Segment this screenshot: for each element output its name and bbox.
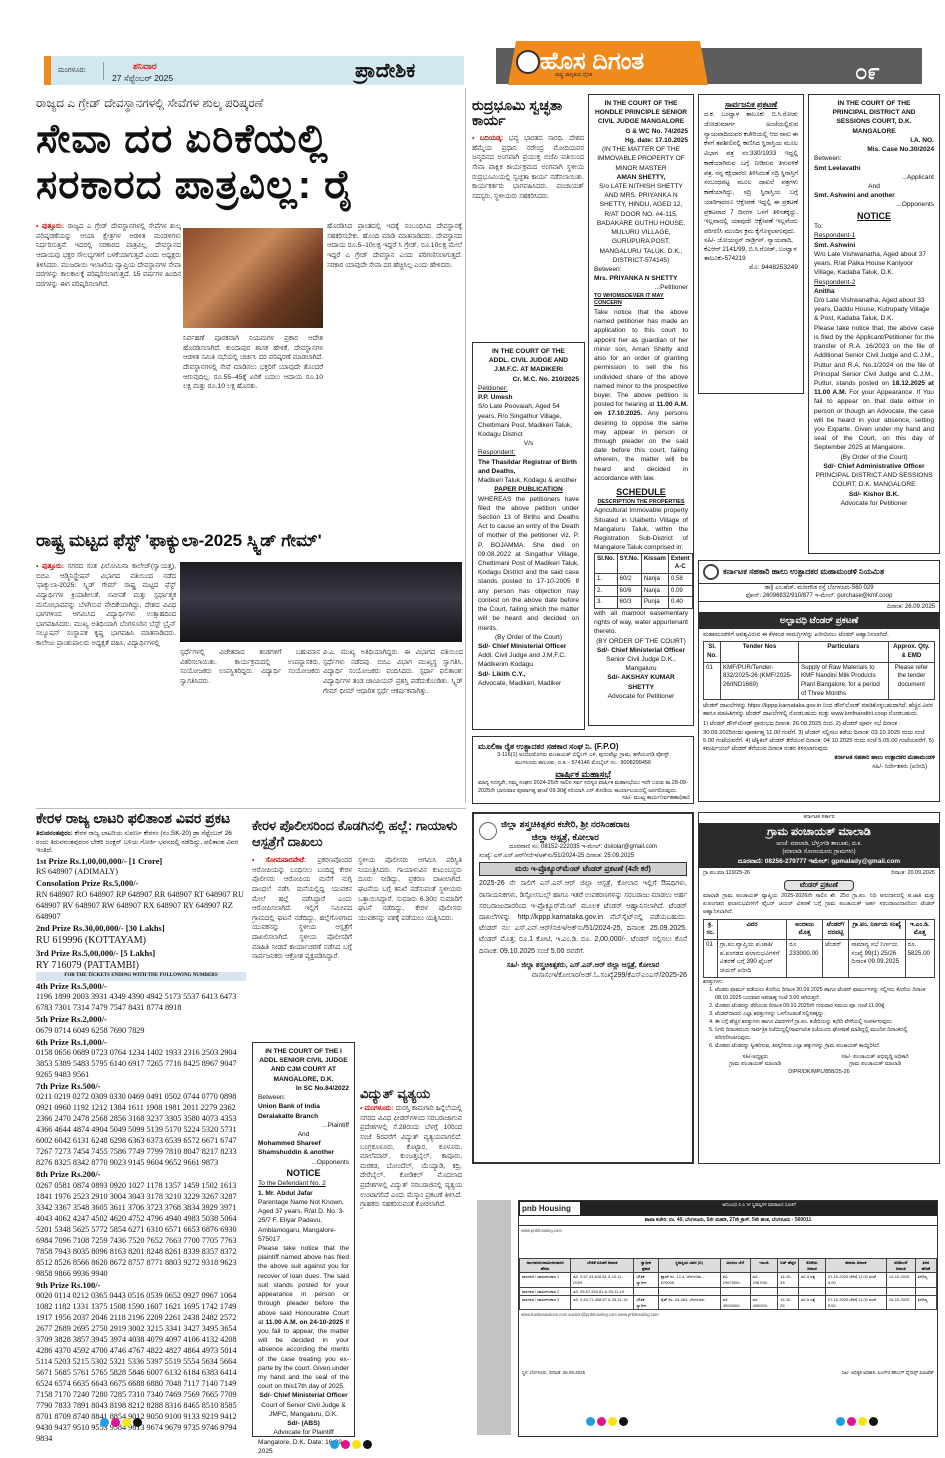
matter-text: (IN THE MATTER OF THE IMMOVABLE PROPERTY… <box>594 145 688 173</box>
defendant-detail: Parentage Name Not Known, Aged 37 years,… <box>258 1198 349 1244</box>
kolar-hospital-tender: ಜಿಲ್ಲಾ ಶಸ್ತ್ರಚಿಕಿತ್ಸಕರ ಕಚೇರಿ, ಶ್ರೀ ನರಸಿಂ… <box>472 812 694 1164</box>
notice-body: Please take notice that the plaintiff na… <box>258 1244 349 1392</box>
opponents-name: Smt. Ashwini and another <box>814 191 934 200</box>
advocate-role: Advocate for Petitioner <box>814 499 934 508</box>
cell: 07-10-2025 ಬೆಳಿಗ್ಗೆ 11.00 ಸಂಜೆ 5.00 <box>825 1273 886 1287</box>
notice-body-text-2: For your Appearance. If You fail to appe… <box>814 389 934 451</box>
cell: ರೂ. 450000/- <box>750 1296 778 1310</box>
notice-body: WHEREAS the petitioners have filed the a… <box>478 495 579 633</box>
cell: ತಿಳಿದಿಲ್ಲ <box>915 1273 936 1287</box>
fest-text-1: ನಗರದ ಸಂತ ಫಿಲೋಮಿನಾ ಕಾಲೇಜ್(ಸ್ವಾಯತ್ತ), ಬಿಬಿ… <box>36 563 176 647</box>
edition-city: ಮಂಗಳೂರು <box>58 67 86 76</box>
th: ಟೆಂಡರ್/ ದರಪಟ್ಟಿ <box>823 919 849 939</box>
gp-address: ಅಂಚೆ: ಮಾಲಾಡಿ, ಬೆಳ್ತಂಗಡಿ ತಾಲೂಕು, ದ.ಕ. <box>701 840 937 848</box>
cell: 07-10-2025 ಬೆಳಿಗ್ಗೆ 11.00 ಸಂಜೆ 5.00 <box>825 1296 886 1310</box>
police-dateline: • ಸೋಮವಾರಪೇಟೆ: <box>252 857 306 864</box>
cell: ರೂ.5 ಲಕ್ಷ <box>799 1273 826 1287</box>
cell: ರೂ.5 ಲಕ್ಷ <box>799 1296 826 1310</box>
prize-label: 5th Prize Rs.2,000/- <box>36 1014 246 1025</box>
schedule-subtitle: DESCRIPTION THE PROPERTIES <box>594 499 688 507</box>
kolar-header: ಜಿಲ್ಲಾ ಶಸ್ತ್ರಚಿಕಿತ್ಸಕರ ಕಚೇರಿ, ಶ್ರೀ ನರಸಿಂ… <box>479 818 687 843</box>
table-row: 3.60/3Punja0.40 <box>595 597 693 609</box>
police-text-1: ಪ್ರಕರಣವೊಂದರ ಆರೋಪಿಯನ್ನು ಬಂಧಿಸಲು ಬಂದಿದ್ದ ಕ… <box>252 857 352 960</box>
and-label: And <box>814 182 934 191</box>
notice-body-text-2: If you fail to appear, the matter will b… <box>258 1319 349 1391</box>
black-dot-icon <box>869 1417 878 1426</box>
court-notice-guardianship: IN THE COURT OF THE HONDLE PRINCIPLE SEN… <box>588 94 694 726</box>
th: ತಿಳಿದ ಹೊಣೆ <box>915 1259 936 1273</box>
court-notice-loan-recovery: IN THE COURT OF THE I ADDL SENIOR CIVIL … <box>252 1042 355 1437</box>
cyan-dot-icon <box>330 1440 339 1449</box>
respondent-detail: Madikeri Taluk, Kodagu & another <box>478 476 579 485</box>
prize-numbers: RS 648907 (ADIMALY) <box>36 867 246 878</box>
section-title: ಪ್ರಾದೇಶಿಕ <box>355 59 415 84</box>
prize-label: 6th Prize Rs.1,000/- <box>36 1037 246 1048</box>
gp-contact: ದೂರವಾಣಿ: 08256-279777 ಇಮೇಲ್: gpmalady@gm… <box>701 857 937 866</box>
fpo-address-2: ಮಂಗಳೂರು ತಾಲೂಕು, ದ.ಕ. - 574146 ಮೊಬೈಲ್ ನಂ.… <box>478 760 688 768</box>
police-body-col2: ಸ್ಥಳೀಯ ಪೊಲೀಸರು ಆಗಮಿಸಿ ಪರಿಸ್ಥಿತಿ ನಿಯಂತ್ರಿ… <box>358 856 462 1084</box>
hearing-date: Hg. date: 17.10.2025 <box>594 136 688 145</box>
black-dot-icon <box>363 1440 372 1449</box>
kmf-intro: ಮಹಾಮಂಡಳಿಗೆ ಅವಶ್ಯವಿರುವ ಈ ಕೆಳಕಂಡ ಸಾಮಗ್ರಿಗಳ… <box>699 629 939 641</box>
cell: 15-10-2025 <box>886 1296 915 1310</box>
plaintiff-role: ...Plaintiff <box>258 1121 349 1130</box>
lead-text-1: ರಾಜ್ಯದ ಎ ಗ್ರೇಡ್ ದೇವಸ್ಥಾನಗಳಲ್ಲಿ ಸೇವೆಗಳ ಶು… <box>36 223 181 288</box>
th-particulars: Particulars <box>798 642 888 662</box>
cell: Nanja <box>641 585 668 597</box>
notice-title-3: AND CJM COURT AT <box>258 1065 349 1074</box>
table-row: 2.60/6Nanja0.09 <box>595 585 693 597</box>
kmf-tender-title: ಅಲ್ಪಾವಧಿ ಟೆಂಡರ್ ಪ್ರಕಟಣೆ <box>699 612 939 629</box>
kmf-sign-officer: ಸಹಿ/- ನಿರ್ದೇಶಕರು (ಖರೀದಿ) <box>699 763 939 771</box>
yellow-dot-icon <box>608 1417 617 1426</box>
cell: 0.58 <box>668 573 692 585</box>
prize-label: Consolation Prize Rs.5,000/- <box>36 878 246 889</box>
th: ಪರಿಶೀಲನೆ ದಿನಾಂಕ <box>886 1259 915 1273</box>
cell: ಭೌತಿಕ ಸ್ವಾಧೀನ <box>634 1273 658 1287</box>
schedule-body: Agricultural Immovable property Situated… <box>594 506 688 552</box>
govt-emblem-icon <box>479 822 497 840</box>
table-row: ಸಾಲಗಾರ / ಜಾಮೀನುದಾರ 1ರೂ. 3,67,44,616.81 &… <box>520 1273 937 1287</box>
pnb-auction-table: ಸಾಲಗಾರರು/ಜಾಮೀನುದಾರರ ಹೆಸರುಬೇಡಿಕೆ ಸೂಚನೆ ದಿ… <box>519 1258 937 1310</box>
cell: ಗ್ರಾ.ಪಂ.ವ್ಯಾಪ್ತಿಯ ಪ.ಜಾತಿ/ಪ.ಪಂಗಡದ ಫಲಾನುಭವ… <box>717 939 786 977</box>
court-name: Addl. Civil Judge and J.M.F.C. Madikerim… <box>478 651 579 669</box>
cell: ರೂ. 296700/- <box>750 1273 778 1287</box>
advocate-name: Sd/- Likith C.Y., <box>478 670 579 679</box>
respondent-1-detail: W/o Late Vishwanatha, Aged about 37 year… <box>814 250 934 278</box>
gp-org-name: ಗ್ರಾಮ ಪಂಚಾಯತ್ ಮಾಲಾಡಿ <box>701 825 937 840</box>
lead-headline: ಸೇವಾ ದರ ಏರಿಕೆಯಲ್ಲಿ ಸರಕಾರದ ಪಾತ್ರವಿಲ್ಲ: ರೈ <box>36 116 456 208</box>
notice-title-4: MANGALORE <box>814 127 934 136</box>
lottery-dateline: ತಿರುವನಂತಪುರಂ: <box>36 830 73 837</box>
th-slno: Sl.No. <box>595 553 618 573</box>
order-line: (BY ORDER OF THE COURT) <box>594 637 688 646</box>
respondent-2-detail: D/o Late Vishwanatha, Aged about 33 year… <box>814 296 934 324</box>
order-line: (By Order of the Court) <box>478 633 579 642</box>
cell <box>915 1287 936 1296</box>
cell: ರೂ 233000.00 <box>787 939 823 977</box>
notice-body-text: Please take notice that the plaintiff na… <box>258 1245 349 1326</box>
cell: 01 <box>704 662 721 700</box>
opponents-name: Mohammed Shareef Shamshuddin & another <box>258 1139 349 1157</box>
respondent-2-label: Respondent-2 <box>814 278 934 287</box>
kmf-logo-icon <box>703 564 719 580</box>
kolar-body: 2025-26 ನೇ ಸಾಲಿಗೆ ಎಸ್.ಎನ್.ಆರ್ ಜಿಲ್ಲಾ ಆಸ್… <box>479 878 687 956</box>
public-notice-title: ಸಾರ್ವಜನಿಕ ಪ್ರಕಟಣೆ <box>704 99 798 110</box>
publication-heading: PAPER PUBLICATION <box>478 485 579 494</box>
minor-detail: S/o LATE NITHISH SHETTY AND MRS. PRIYANK… <box>594 182 688 265</box>
prize-label: 7th Prize Rs.500/- <box>36 1081 246 1092</box>
case-number: Mis. Case No.30/2024 <box>814 145 934 154</box>
kmf-tender-notice: ಕರ್ನಾಟಕ ಸಹಕಾರಿ ಹಾಲು ಉತ್ಪಾದಕರ ಮಹಾಮಂಡಳಿ ನಿ… <box>698 560 940 802</box>
case-number: Cr. M.C. No. 210/2025 <box>478 375 579 384</box>
yellow-dot-icon <box>122 1418 131 1427</box>
signatory: Sd/- Chief Administrative Officer <box>814 462 934 471</box>
pnb-branch-address: ಶಾಖಾ ಕಚೇರಿ: ನಂ. 40, ಬೆಂಗಳೂರು, 5ನೇ ಮಹಡಿ, … <box>519 1216 937 1226</box>
table-row: ಸಾಲಗಾರ / ಜಾಮೀನುದಾರ 2ರೂ. 95,57,342.81 & 2… <box>520 1287 937 1296</box>
notice-title-3: SESSIONS COURT, D.K. <box>814 117 934 126</box>
cell: ರೂ. 2967000/- <box>720 1273 750 1287</box>
prize-numbers: 1196 1899 2003 3931 4349 4390 4942 5173 … <box>36 992 246 1014</box>
condition-item: ಟೆಂಡರ್‌ದಾರರು ಎಲ್ಲಾ ಶರತ್ತುಗಳನ್ನು ಒಳಗೊಂಡಂತ… <box>715 1011 933 1019</box>
rudrabhoomi-body: • ಬದಿಯಡ್ಕ: ಭವ್ಯ ಭಾರತದ ಸಾರಥಿ, ದೇಶದ ಹೆಮ್ಮೆ… <box>472 134 584 344</box>
kolar-org-2: ಜಿಲ್ಲಾ ಆಸ್ಪತ್ರೆ, ಕೋಲಾರ <box>501 831 630 844</box>
cell <box>799 1287 826 1296</box>
registration-marks <box>586 1417 628 1426</box>
prize-label: 9th Prize Rs.100/- <box>36 1280 246 1291</box>
fpo-salutation: ಮಾನ್ಯ ಸದಸ್ಯರೇ, <box>478 780 507 786</box>
advocate-role: Advocate for Plaintiff <box>258 1428 349 1437</box>
kmf-date: ದಿನಾಂಕ: 26.09.2025 <box>699 601 939 612</box>
cell: 2. <box>595 585 618 597</box>
cell: 1. <box>595 573 618 585</box>
temple-photo <box>183 228 323 328</box>
condition-item: ಟೆಂಡರು ಫಾರ್ಮು ಪಡೆಯಲು ಕೊನೆಯ ದಿನಾಂಕ 30.09.… <box>715 987 933 1003</box>
respondent-1-name: Smt. Ashwini <box>814 241 934 250</box>
gp-header-band: ಗ್ರಾಮ ಪಂಚಾಯತ್ ಮಾಲಾಡಿ ಅಂಚೆ: ಮಾಲಾಡಿ, ಬೆಳ್ತ… <box>699 823 939 868</box>
prize-numbers: 0679 0714 6049 6258 7690 7829 <box>36 1026 246 1037</box>
cell: 14-10-25 <box>778 1273 799 1287</box>
opponents-role: ...Opponents <box>258 1158 349 1167</box>
petitioner-name: P.P. Umesh <box>478 393 579 402</box>
cell: ಸಾಲಗಾರ / ಜಾಮೀನುದಾರ 3 <box>520 1296 571 1310</box>
prize-numbers: 0267 0581 0874 0893 0920 1027 1178 1357 … <box>36 1181 246 1280</box>
section-rule <box>36 808 466 809</box>
pnb-signature: ಸಹಿ/- ಅಧಿಕೃತ ಅಧಿಕಾರಿ, ಪಿಎನ್‌ಬಿ ಹೌಸಿಂಗ್ ಫ… <box>842 1370 934 1376</box>
notice-title-3: J.M.F.C. AT MADIKERI <box>478 365 579 374</box>
th: ಅಂದಾಜು ಮೊತ್ತ <box>787 919 823 939</box>
rudrabhoomi-dateline: • ಬದಿಯಡ್ಕ: <box>472 135 503 142</box>
fpo-body: ಮಾನ್ಯ ಸದಸ್ಯರೇ, ನಮ್ಮ ಸಂಘದ 2024-25ನೇ ಸಾಲಿನ… <box>478 780 688 796</box>
th: ಇಎಂಡಿ <box>750 1259 778 1273</box>
gp-signatures: ಸಹಿ/-ಅಧ್ಯಕ್ಷರುಗ್ರಾಮ ಪಂಚಾಯತ್ ಮಾಲಾಡಿ ಸಹಿ/-… <box>699 1054 939 1069</box>
lead-body-col3: ಹೊರಡಿಸಿದ ಪ್ರಾಂತದಲ್ಲಿ ಇದಕ್ಕೆ ಸಂಬಂಧಿಸಿದ ದೇ… <box>327 222 462 522</box>
prize-numbers: RY 716079 (PATTAMBI) <box>36 959 246 972</box>
gp-conditions-label: ಶರತ್ತುಗಳು: <box>699 978 939 988</box>
notice-title-2: PRINCIPAL DISTRICT AND <box>814 108 934 117</box>
fest-headline: ರಾಷ್ಟ್ರ ಮಟ್ಟದ ಫೆಸ್ಟ್ 'ಫಾಕ್ಯುಲಾ-2025 ಸ್ಕ್… <box>36 530 466 551</box>
kmf-tender-table: Sl. No.Tender NosParticularsApprox. Qty.… <box>703 641 935 700</box>
cyan-dot-icon <box>836 1417 845 1426</box>
th-slno: Sl. No. <box>704 642 721 662</box>
kmf-body: ಟೆಂಡರ್ ದಾಖಲೆಗಳನ್ನು https://kppp.karnatak… <box>699 700 939 720</box>
th: ಸ್ವಾಧೀನ ಪ್ರಕಾರ <box>634 1259 658 1273</box>
cell: ರೂ. 4,64,71,408.87 & 26-11-19 <box>571 1296 634 1310</box>
cell: ಸಾಮಾನ್ಯ ಸಭೆ ನಿರ್ಣಯ ಸಂಖ್ಯೆ 99(1) 25/26 ದಿ… <box>849 939 905 977</box>
cell: ಭೌತಿಕ ಸ್ವಾಧೀನ <box>634 1296 658 1310</box>
pnb-housing-auction-notice: pnb Housing ಅನುಬಂಧ 4 ಎ 'ಆ' ಸ್ಥಿರಾಸ್ತಿಗಳ … <box>518 1200 938 1437</box>
court-notice-madikeri: IN THE COURT OF THE ADDL. CIVIL JUDGE AN… <box>472 342 585 730</box>
th-tender-nos: Tender Nos <box>720 642 798 662</box>
lottery-intro: ತಿರುವನಂತಪುರಂ: ಕೇರಳ ರಾಜ್ಯ ಲಾಟರಿಯ ಸುವರ್ಣ ಕ… <box>36 830 246 856</box>
power-cut-body: • ಮಂಗಳೂರು: ದುರಸ್ತಿ ಕಾಮಗಾರಿ ಹಿನ್ನೆಲೆಯಲ್ಲಿ… <box>360 1104 462 1439</box>
notice-heading: NOTICE <box>814 210 934 223</box>
pnb-logo: pnb Housing <box>519 1201 581 1216</box>
th-qty-emd: Approx. Qty. & EMD <box>888 642 934 662</box>
cell: 01 <box>704 939 718 977</box>
notice-title-1: IN THE COURT OF THE <box>594 99 688 108</box>
notice-body-text: Take notice that the above named petitio… <box>594 309 688 408</box>
petitioner-detail: S/o Late Poovaiah, Aged 54 years, R/o Si… <box>478 402 579 439</box>
th: ಹರಾಜು ದಿನಾಂಕ <box>825 1259 886 1273</box>
to-whom-label: TO WHOMSOEVER IT MAY CONCERN <box>594 293 688 308</box>
police-body-col1: • ಸೋಮವಾರಪೇಟೆ: ಪ್ರಕರಣವೊಂದರ ಆರೋಪಿಯನ್ನು ಬಂಧ… <box>252 856 352 1038</box>
cell: 14-10-25 <box>778 1296 799 1310</box>
black-dot-icon <box>133 1418 142 1427</box>
notice-title-2: ADDL SENIOR CIVIL JUDGE <box>258 1056 349 1065</box>
plaintiff-name: Union Bank of India Deralakatte Branch <box>258 1102 349 1120</box>
gp-intro: ಮಾಲಾಡಿ ಗ್ರಾಮ ಪಂಚಾಯತ್ ವ್ಯಾಪ್ತಿಯ 2025-2026… <box>699 891 939 918</box>
th-kissam: Kissam <box>641 553 668 573</box>
to-label: To: <box>814 222 934 231</box>
cell <box>825 1287 886 1296</box>
gp-sign-org: ಗ್ರಾಮ ಪಂಚಾಯತ್ ಮಾಲಾಡಿ <box>842 1061 909 1069</box>
between-label: Between: <box>594 265 688 274</box>
cell: Please refer the tender document <box>888 662 934 700</box>
advocate-detail: Advocate, Madikeri, Madiker <box>478 679 579 688</box>
notice-heading: NOTICE <box>258 1167 349 1180</box>
th: ಬೇಡಿಕೆ ಸೂಚನೆ ದಿನಾಂಕ <box>571 1259 634 1273</box>
table-row: 01KMF/PUR/Tender-832/2025-26 (KMF/2025-2… <box>704 662 935 700</box>
prize-numbers: RN 648907 RO 648907 RP 648907 RR 648907 … <box>36 890 246 923</box>
cell <box>750 1287 778 1296</box>
cell <box>778 1287 799 1296</box>
case-number: G & WC No. 74/2025 <box>594 127 688 136</box>
minor-name: AMAN SHETTY, <box>594 173 688 182</box>
petitioner-label: Petitioner: <box>478 384 579 393</box>
gp-dipr-code: DIPR/DK/MPL/858/25-26 <box>699 1069 939 1077</box>
cell <box>886 1287 915 1296</box>
prize-label: 1st Prize Rs.1,00,00,000/- [1 Crore] <box>36 856 246 867</box>
condition-item: ಈ ಬಗ್ಗೆ ಹೆಚ್ಚಿನ ಶರತ್ತುಗಳು ಹಾಗೂ ವಿವರಗಳಿಗೆ… <box>715 1019 933 1027</box>
to-label: To the Defendant No. 2 <box>258 1179 349 1188</box>
fpo-address: 3-116(1) ಅಂಬಿಲಮೊಗರು ಪಂಚಾಯತ್ ಬಿಲ್ಡಿಂಗ್ ಬಳ… <box>478 752 688 760</box>
gp-ref-row: ಗ್ರಾ.ಪಂ.ಮಾ:119/25-26 ದಿನಾಂಕ: 20.09.2025 <box>699 868 939 880</box>
opponents-role: ...Opponents <box>814 200 934 209</box>
th: ಕೊನೆಯ ದಿನಾಂಕ <box>799 1259 826 1273</box>
petitioner-role: ...Petitioner <box>594 283 688 292</box>
kmf-contact: ಫೋನ್: 26096832/910/877 ಇ-ಮೇಲ್: purchase@… <box>699 592 939 600</box>
cell: ಸಾಲಗಾರ / ಜಾಮೀನುದಾರ 1 <box>520 1273 571 1287</box>
rudrabhoomi-headline: ರುದ್ರಭೂಮಿ ಸ್ವಚ್ಛತಾ ಕಾರ್ಯ <box>472 98 587 129</box>
notice-body-text-2: Any persons desiring to oppose the same … <box>594 410 688 482</box>
cell <box>720 1287 750 1296</box>
condition-item: ಮೊಹರು ಟೆಂಡರನ್ನು ತೆರೆಯುವ ದಿನಾಂಕ 09.10.202… <box>715 1003 933 1011</box>
cell: ತಿಳಿದಿಲ್ಲ <box>915 1296 936 1310</box>
th: ಸ್ಥಿರಾಸ್ತಿಯ ವಿವರ (ಬಿ) <box>658 1259 720 1273</box>
gp-tender-title: ಟೆಂಡರ್ ಪ್ರಕಟಣೆ <box>784 880 854 892</box>
lottery-headline: ಕೇರಳ ರಾಜ್ಯ ಲಾಟರಿ ಫಲಿತಾಂಶ ವಿವರ ಪ್ರಕಟ <box>36 810 230 828</box>
applicant-role: ...Applicant <box>814 173 934 182</box>
cell: ರೂ. 5825.00 <box>905 939 934 977</box>
court-name: PRINCIPAL DISTRICT AND SESSIONS COURT, D… <box>814 471 934 489</box>
gp-ref: ಗ್ರಾ.ಪಂ.ಮಾ:119/25-26 <box>703 870 750 878</box>
prize-numbers: 0158 0656 0689 0723 0764 1234 1402 1933 … <box>36 1048 246 1081</box>
th-extent: Extent A-C <box>668 553 692 573</box>
property-table: Sl.No.SY.No.KissamExtent A-C 1.60/2Nanja… <box>594 553 693 609</box>
cell: ರೂ. 4500000/- <box>720 1296 750 1310</box>
magenta-dot-icon <box>341 1440 350 1449</box>
fpo-annual-meeting-notice: ಮೂಲಿಕಾ ರೈತ ಉತ್ಪಾದಕರ ಸಹಕಾರ ಸಂಘ ನಿ. (F.P.O… <box>472 736 694 804</box>
fpo-signature: ಸಹಿ/- ಮುಖ್ಯ ಕಾರ್ಯನಿರ್ವಹಣಾಧಿಕಾರಿ <box>560 795 690 802</box>
respondent-2-name: Anitha <box>814 287 934 296</box>
pnb-footer: ಸ್ಥಳ: ಬೆಂಗಳೂರು, ದಿನಾಂಕ: 26.09.2025 ಸಹಿ/-… <box>519 1370 937 1376</box>
cell: Punja <box>641 597 668 609</box>
notice-body-text: Please take notice that, the above case … <box>814 325 934 387</box>
gp-sign-org: ಗ್ರಾಮ ಪಂಚಾಯತ್ ಮಾಲಾಡಿ <box>729 1061 781 1069</box>
gp-maladi-tender: ಕರ್ನಾಟಕ ಸರ್ಕಾರ ಗ್ರಾಮ ಪಂಚಾಯತ್ ಮಾಲಾಡಿ ಅಂಚೆ… <box>698 812 940 1164</box>
cell: ರೂ. 3,67,44,616.81 & 10-11-2009 <box>571 1273 634 1287</box>
pnb-top-line: ಅನುಬಂಧ 4 ಎ 'ಆ' ಸ್ಥಿರಾಸ್ತಿಗಳ ಮಾರಾಟದ ಸೂಚನೆ <box>581 1201 937 1216</box>
order-line: (By Order of the Court) <box>814 453 934 462</box>
prize-numbers: 0211 0219 0272 0309 0330 0469 0491 0502 … <box>36 1092 246 1169</box>
lead-kicker: ರಾಜ್ಯದ ಎ ಗ್ರೇಡ್ ದೇವಸ್ಥಾನಗಳಲ್ಲಿ ಸೇವೆಗಳ ಶು… <box>36 96 263 111</box>
column-rule <box>465 88 466 803</box>
advocate-name: Sd/- Kishor B.K. <box>814 490 934 499</box>
kolar-org-1: ಜಿಲ್ಲಾ ಶಸ್ತ್ರಚಿಕಿತ್ಸಕರ ಕಚೇರಿ, ಶ್ರೀ ನರಸಿಂ… <box>501 818 630 831</box>
power-cut-headline: ವಿದ್ಯುತ್ ವ್ಯತ್ಯಯ <box>360 1086 430 1102</box>
cell: 60/3 <box>617 597 641 609</box>
th: ವಿವರ <box>717 919 786 939</box>
cell: 3. <box>595 597 618 609</box>
pnb-place-date: ಸ್ಥಳ: ಬೆಂಗಳೂರು, ದಿನಾಂಕ: 26.09.2025 <box>522 1370 585 1376</box>
power-cut-text: ದುರಸ್ತಿ ಕಾಮಗಾರಿ ಹಿನ್ನೆಲೆಯಲ್ಲಿ ನಗರದ ವಿವಿಧ… <box>360 1105 462 1208</box>
versus-label: V/s <box>478 439 579 448</box>
power-cut-dateline: • ಮಂಗಳೂರು: <box>360 1105 394 1112</box>
case-number: In SC No.84/2022 <box>258 1084 349 1093</box>
cyan-dot-icon <box>586 1417 595 1426</box>
signatory: Sd/- Chief Ministerial Officer <box>478 642 579 651</box>
court-notice-misc-case: IN THE COURT OF THE PRINCIPAL DISTRICT A… <box>808 94 940 554</box>
pnb-footer-text: www.bankeauctions.com auction@pnbhousing… <box>519 1310 937 1370</box>
kmf-sign-org: ಕರ್ನಾಟಕ ಸಹಕಾರಿ ಹಾಲು ಉತ್ಪಾದಕರ ಮಹಾಮಂಡಳಿ <box>699 753 939 763</box>
notice-body: Take notice that the above named petitio… <box>594 308 688 483</box>
footer-text: with all mamool easementary rights of wa… <box>594 609 688 637</box>
page-number: ೦೯ <box>855 58 880 86</box>
gp-tender-table: ಕ್ರ. ಸಂ.ವಿವರಅಂದಾಜು ಮೊತ್ತಟೆಂಡರ್/ ದರಪಟ್ಟಿಗ… <box>703 919 935 978</box>
kolar-signature: ಸಹಿ/- ಜಿಲ್ಲಾ ಶಸ್ತ್ರಚಿಕಿತ್ಸಕರು, ಎಸ್.ಎನ್.ಆ… <box>479 961 687 971</box>
cell: 14-10-2025 <box>886 1273 915 1287</box>
kmf-header: ಕರ್ನಾಟಕ ಸಹಕಾರಿ ಹಾಲು ಉತ್ಪಾದಕರ ಮಹಾಮಂಡಳಿ ನಿ… <box>699 561 939 584</box>
th: ಇ.ಎಂ.ಡಿ. ಮೊತ್ತ <box>905 919 934 939</box>
pnb-intro: www.pnbhousing.com <box>519 1226 937 1258</box>
cyan-dot-icon <box>100 1418 109 1427</box>
applicant-name: Smt Leelavathi <box>814 164 934 173</box>
notice-title-1: IN THE COURT OF THE <box>814 99 934 108</box>
cell: 0.09 <box>668 585 692 597</box>
black-dot-icon <box>619 1417 628 1426</box>
between-label: Between: <box>814 154 934 163</box>
fest-dateline: • ಪುತ್ತೂರು: <box>36 563 64 570</box>
gp-conditions: ಟೆಂಡರು ಫಾರ್ಮು ಪಡೆಯಲು ಕೊನೆಯ ದಿನಾಂಕ 30.09.… <box>699 987 939 1051</box>
fpo-title: ವಾರ್ಷಿಕ ಮಹಾಸಭೆ <box>478 768 688 781</box>
signatory: Sd/- Chief Ministerial Officer <box>258 1391 349 1400</box>
prize-label: 8th Prize Rs.200/- <box>36 1169 246 1180</box>
registration-marks <box>330 1440 372 1449</box>
prize-label: 3rd Prize Rs.5,00,000/- [5 Lakhs] <box>36 948 246 959</box>
gp-sign-pdo: ಸಹಿ/- ಪಂಚಾಯತ್ ಅಭಿವೃದ್ಧಿ ಅಧಿಕಾರಿ <box>842 1054 909 1062</box>
court-name: Senior Civil Judge D.K., Mangaluru <box>594 655 688 673</box>
edition-day: ಶನಿವಾರ <box>133 61 157 72</box>
signatory: Sd/- Chief Ministerial Officer <box>594 646 688 655</box>
cell: ಸೈಟ್ ನಂ. 44-463, ಬೆಂಗಳೂರು <box>658 1296 720 1310</box>
fest-body-col2: ಸ್ಪರ್ಧೆಗಳಲ್ಲಿ ವಿಜೇತರಾದ ತಂಡಗಳಿಗೆ ಬಹುಮಾನ ವ… <box>180 648 320 802</box>
pnb-side-bar <box>477 1200 511 1435</box>
th: ಮೀಸಲು ಬೆಲೆ <box>720 1259 750 1273</box>
notice-title-4: MANGALORE, D.K. <box>258 1075 349 1084</box>
cell: ಫ್ಲಾಟ್ ನಂ. 12-4, ಬೆಂಗಳೂರು - 570005 <box>658 1273 720 1287</box>
lead-dateline: • ಪುತ್ತೂರು: <box>36 223 64 230</box>
fest-body-col1: • ಪುತ್ತೂರು: ನಗರದ ಸಂತ ಫಿಲೋಮಿನಾ ಕಾಲೇಜ್(ಸ್ವ… <box>36 562 176 802</box>
advocate-role: Advocate for Petitioner <box>594 692 688 701</box>
police-headline: ಕೇರಳ ಪೊಲೀಸರಿಂದ ಕೊಡಗಿನಲ್ಲಿ ಹಲ್ಲೆ: ಗಾಯಾಳು … <box>252 818 464 851</box>
kmf-address: ಡಾ|| ಎಂ.ಹೆಚ್. ಮರೀಗೌಡ ರಸ್ತೆ ಬೆಂಗಳೂರು-560 … <box>699 584 939 592</box>
pnb-website: www.pnbhousing.com <box>521 1228 562 1233</box>
table-row: 01ಗ್ರಾ.ಪಂ.ವ್ಯಾಪ್ತಿಯ ಪ.ಜಾತಿ/ಪ.ಪಂಗಡದ ಫಲಾನು… <box>704 939 935 977</box>
respondent-name: The Thasildar Registrar of Birth and Dea… <box>478 458 579 476</box>
lead-body-col2: ನಿರ್ವಹಣೆ ಪೂರಕವಾಗಿ ನಿಯಮಗಳ ಪ್ರಕಾರ ಆದೇಶ ಹೊರ… <box>183 334 323 524</box>
cell: ಸಾಲಗಾರ / ಜಾಮೀನುದಾರ 2 <box>520 1287 571 1296</box>
kolar-ref-2: ವಾಸಾಸಂಇ/ಕೋಲಾರ/ಅಡ್.ಓ.ಸಂಖ್ಯೆ299/ಕೆಎಸ್ಎಂಎಸ್… <box>479 971 687 981</box>
cell: Supply of Raw Materials to KMF Nandini M… <box>798 662 888 700</box>
th: ಬಿಡ್ ಹೆಚ್ಚಳ <box>778 1259 799 1273</box>
kmf-dates: 1) ಟೆಂಡರ್ ಡೌನ್‌ಲೋಡ್ ಪ್ರಾರಂಭದ ದಿನಾಂಕ: 26.… <box>699 720 939 752</box>
public-notice-kannada: ಸಾರ್ವಜನಿಕ ಪ್ರಕಟಣೆ ದ.ಕ. ಬಂಟ್ವಾಳ ತಾಲೂಕು ಬಿ… <box>698 94 804 394</box>
court-name: Court of Senior Civil Judge & JMFC, Mang… <box>258 1401 349 1419</box>
notice-title-3: CIVIL JUDGE MANGALORE <box>594 117 688 126</box>
public-notice-phone: ಮೊ: 9448253249 <box>704 263 798 272</box>
pnb-header: pnb Housing ಅನುಬಂಧ 4 ಎ 'ಆ' ಸ್ಥಿರಾಸ್ತಿಗಳ … <box>519 1201 937 1216</box>
notice-title-1: IN THE COURT OF THE I <box>258 1047 349 1056</box>
advocate-name: Sd/- AKSHAY KUMAR SHETTY <box>594 673 688 691</box>
respondent-label: Respondent: <box>478 448 579 457</box>
fpo-body-text: ನಮ್ಮ ಸಂಘದ 2024-25ನೇ ಸಾಲಿನ ಸರ್ವ ಸದಸ್ಯರ ವಾ… <box>478 780 688 796</box>
lottery-results: ತಿರುವನಂತಪುರಂ: ಕೇರಳ ರಾಜ್ಯ ಲಾಟರಿಯ ಸುವರ್ಣ ಕ… <box>36 830 246 1445</box>
magenta-dot-icon <box>847 1417 856 1426</box>
rudrabhoomi-text: ಭವ್ಯ ಭಾರತದ ಸಾರಥಿ, ದೇಶದ ಹೆಮ್ಮೆಯ ಪ್ರಧಾನಿ ನ… <box>472 135 584 200</box>
and-label: And <box>258 1130 349 1139</box>
prize-label: 4th Prize Rs.5,000/- <box>36 981 246 992</box>
appearance-date: 11.00 A.M. on 24-10-2025 <box>266 1319 344 1326</box>
advocate-name: Sd/- (ABS) <box>258 1419 349 1428</box>
fpo-org-name: ಮೂಲಿಕಾ ರೈತ ಉತ್ಪಾದಕರ ಸಹಕಾರ ಸಂಘ ನಿ. (F.P.O… <box>478 741 688 752</box>
yellow-dot-icon <box>858 1417 867 1426</box>
gp-date: ದಿನಾಂಕ: 20.09.2025 <box>891 870 935 878</box>
th: ಸಾಲಗಾರರು/ಜಾಮೀನುದಾರರ ಹೆಸರು <box>520 1259 571 1273</box>
lead-body-col1: • ಪುತ್ತೂರು: ರಾಜ್ಯದ ಎ ಗ್ರೇಡ್ ದೇವಸ್ಥಾನಗಳಲ್… <box>36 222 181 522</box>
fest-group-photo <box>180 562 462 642</box>
cell: 0.40 <box>668 597 692 609</box>
